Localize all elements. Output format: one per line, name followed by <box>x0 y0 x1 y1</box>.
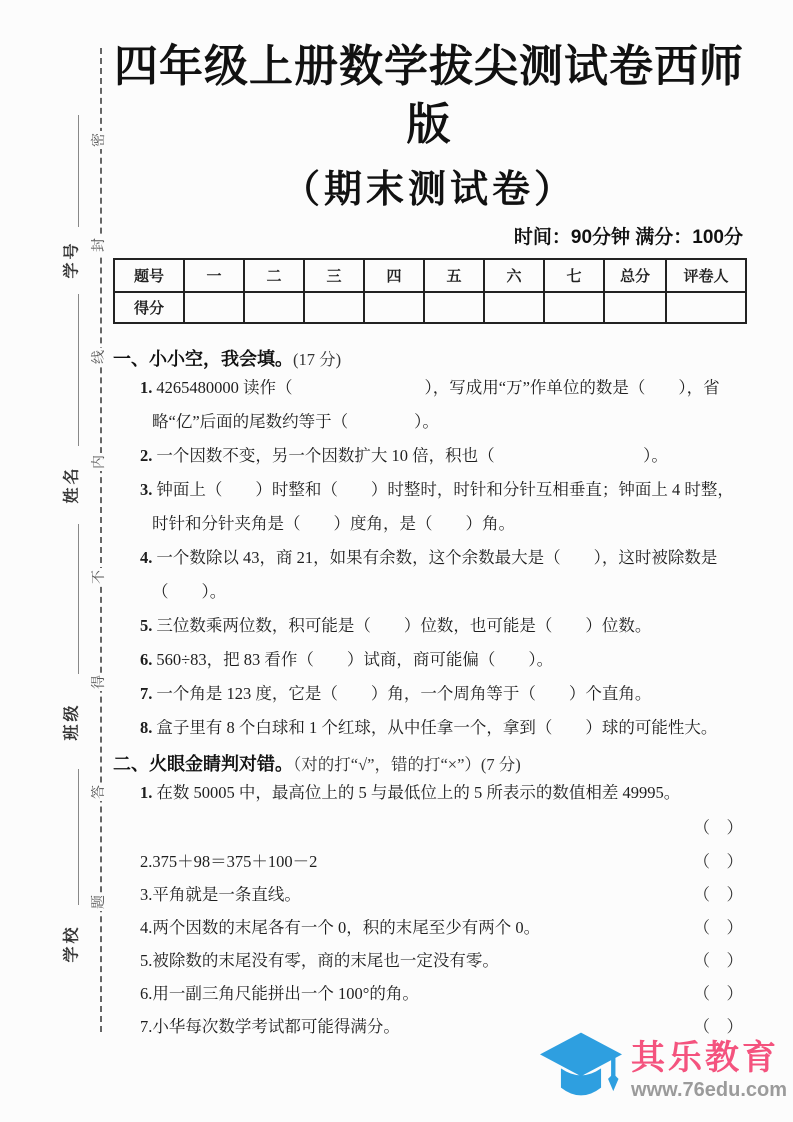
question-number: 6. <box>140 984 152 1003</box>
score-cell <box>544 292 604 323</box>
question-text: 三位数乘两位数，积可能是（ ）位数，也可能是（ ）位数。 <box>156 616 651 635</box>
fill-question-6: 6.560÷83，把 83 看作（ ）试商，商可能偏（ ）。 <box>113 643 745 677</box>
fill-question-2: 2.一个因数不变，另一个因数扩大 10 倍，积也（ ）。 <box>113 439 745 473</box>
score-table: 题号 一 二 三 四 五 六 七 总分 评卷人 得分 <box>113 258 747 324</box>
fill-question-4: 4.一个数除以 43，商 21，如果有余数，这个余数最大是（ ），这时被除数是 … <box>113 541 745 609</box>
tf-question-2: 2.375＋98＝375＋100－2 （ ） <box>113 845 745 878</box>
class-label: 班级 <box>59 698 82 746</box>
brand-url: www.76edu.com <box>631 1077 787 1103</box>
test-paper: 四年级上册数学拔尖测试卷西师版 （期末测试卷） 时间：90分钟 满分：100分 … <box>113 0 745 1043</box>
question-text: 略“亿”后面的尾数约等于（ ）。 <box>140 405 745 439</box>
score-cell <box>184 292 244 323</box>
score-cell <box>304 292 364 323</box>
section-2-title: 二、火眼金睛判对错。 <box>113 754 293 774</box>
seal-char: 得 <box>91 673 109 691</box>
score-table-header: 题号 <box>114 259 184 292</box>
question-text: 时针和分针夹角是（ ）度角，是（ ）角。 <box>140 507 745 541</box>
question-text: 6.用一副三角尺能拼出一个 100°的角。 <box>140 977 419 1010</box>
fill-question-5: 5.三位数乘两位数，积可能是（ ）位数，也可能是（ ）位数。 <box>113 609 745 643</box>
seal-dashed-line <box>100 48 102 1032</box>
school-blank-line <box>78 769 79 905</box>
tf-question-6: 6.用一副三角尺能拼出一个 100°的角。 （ ） <box>113 977 745 1010</box>
section-1-heading: 一、小小空，我会填。(17 分) <box>113 345 745 371</box>
name-blank-line <box>78 294 79 446</box>
score-cell <box>244 292 304 323</box>
question-number: 4. <box>140 548 156 567</box>
tf-answer-brackets: （ ） <box>694 911 746 944</box>
score-table-header: 一 <box>184 259 244 292</box>
fill-question-1: 1.4265480000 读作（ ），写成用“万”作单位的数是（ ），省 略“亿… <box>113 371 745 439</box>
seal-char: 答 <box>91 783 109 801</box>
paper-subtitle: （期末测试卷） <box>113 164 745 216</box>
score-cell <box>484 292 544 323</box>
student-id-label: 学号 <box>59 236 82 284</box>
time-score-info: 时间：90分钟 满分：100分 <box>113 222 745 249</box>
tf-answer-brackets: （ ） <box>113 813 745 843</box>
seal-char: 封 <box>91 236 109 254</box>
question-text: 一个角是 123 度，它是（ ）角，一个周角等于（ ）个直角。 <box>156 684 651 703</box>
question-number: 1. <box>140 783 156 802</box>
seal-char: 题 <box>91 893 109 911</box>
fill-question-8: 8.盒子里有 8 个白球和 1 个红球，从中任拿一个，拿到（ ）球的可能性大。 <box>113 711 745 745</box>
question-text: 2.375＋98＝375＋100－2 <box>140 845 317 878</box>
question-number: 4. <box>140 918 152 937</box>
question-number: 8. <box>140 718 156 737</box>
tf-answer-brackets: （ ） <box>694 977 746 1010</box>
tf-answer-brackets: （ ） <box>694 878 746 911</box>
score-table-header: 总分 <box>604 259 666 292</box>
question-number: 1. <box>140 378 156 397</box>
question-text: 3.平角就是一条直线。 <box>140 878 301 911</box>
question-text: 盒子里有 8 个白球和 1 个红球，从中任拿一个，拿到（ ）球的可能性大。 <box>156 718 717 737</box>
question-text: 560÷83，把 83 看作（ ）试商，商可能偏（ ）。 <box>156 650 553 669</box>
seal-char: 不 <box>91 568 109 586</box>
score-table-header: 二 <box>244 259 304 292</box>
score-cell <box>364 292 424 323</box>
tf-question-3: 3.平角就是一条直线。 （ ） <box>113 878 745 911</box>
score-cell <box>666 292 746 323</box>
score-table-header: 六 <box>484 259 544 292</box>
question-text: 5.被除数的末尾没有零，商的末尾也一定没有零。 <box>140 944 499 977</box>
question-text: 4.两个因数的末尾各有一个 0，积的末尾至少有两个 0。 <box>140 911 540 944</box>
question-number: 3. <box>140 480 156 499</box>
score-row-label: 得分 <box>114 292 184 323</box>
question-text: 一个因数不变，另一个因数扩大 10 倍，积也（ ）。 <box>156 446 668 465</box>
tf-question-4: 4.两个因数的末尾各有一个 0，积的末尾至少有两个 0。 （ ） <box>113 911 745 944</box>
name-label: 姓名 <box>59 461 82 509</box>
score-table-header: 三 <box>304 259 364 292</box>
brand-name: 其乐教育 <box>631 1039 779 1077</box>
school-label: 学校 <box>59 920 82 968</box>
seal-char: 线 <box>91 348 109 366</box>
graduation-cap-icon <box>537 1030 625 1112</box>
score-cell <box>604 292 666 323</box>
tf-answer-brackets: （ ） <box>694 845 746 878</box>
score-table-header: 五 <box>424 259 484 292</box>
seal-char: 密 <box>91 131 109 149</box>
question-number: 7. <box>140 1017 152 1036</box>
question-text: 4265480000 读作（ ），写成用“万”作单位的数是（ ），省 <box>156 378 719 397</box>
fill-question-3: 3.钟面上（ ）时整和（ ）时整时，时针和分针互相垂直；钟面上 4 时整， 时针… <box>113 473 745 541</box>
question-number: 6. <box>140 650 156 669</box>
question-text: 一个数除以 43，商 21，如果有余数，这个余数最大是（ ），这时被除数是 <box>156 548 717 567</box>
score-table-header: 七 <box>544 259 604 292</box>
paper-title: 四年级上册数学拔尖测试卷西师版 <box>113 38 745 154</box>
score-cell <box>424 292 484 323</box>
question-number: 2. <box>140 446 156 465</box>
section-2-note: （对的打“√”，错的打“×”） <box>293 755 481 774</box>
question-number: 7. <box>140 684 156 703</box>
score-table-header: 评卷人 <box>666 259 746 292</box>
tf-answer-brackets: （ ） <box>694 944 746 977</box>
section-2-heading: 二、火眼金睛判对错。（对的打“√”，错的打“×”）(7 分) <box>113 750 745 776</box>
question-number: 2. <box>140 852 152 871</box>
class-blank-line <box>78 524 79 674</box>
seal-char: 内 <box>91 453 109 471</box>
question-number: 5. <box>140 616 156 635</box>
question-number: 5. <box>140 951 152 970</box>
section-1-points: (17 分) <box>293 350 341 369</box>
question-number: 3. <box>140 885 152 904</box>
publisher-logo: 其乐教育 www.76edu.com <box>537 1030 787 1112</box>
question-text: 钟面上（ ）时整和（ ）时整时，时针和分针互相垂直；钟面上 4 时整， <box>156 480 734 499</box>
section-2-points: (7 分) <box>481 755 521 774</box>
question-text: 7.小华每次数学考试都可能得满分。 <box>140 1010 400 1043</box>
question-text: 在数 50005 中，最高位上的 5 与最低位上的 5 所表示的数值相差 499… <box>156 783 680 802</box>
section-1-title: 一、小小空，我会填。 <box>113 349 293 369</box>
score-table-header: 四 <box>364 259 424 292</box>
tf-question-5: 5.被除数的末尾没有零，商的末尾也一定没有零。 （ ） <box>113 944 745 977</box>
student-id-blank-line <box>78 115 79 227</box>
tf-question-1: 1.在数 50005 中，最高位上的 5 与最低位上的 5 所表示的数值相差 4… <box>113 776 745 810</box>
question-text: （ ）。 <box>140 575 745 609</box>
fill-question-7: 7.一个角是 123 度，它是（ ）角，一个周角等于（ ）个直角。 <box>113 677 745 711</box>
